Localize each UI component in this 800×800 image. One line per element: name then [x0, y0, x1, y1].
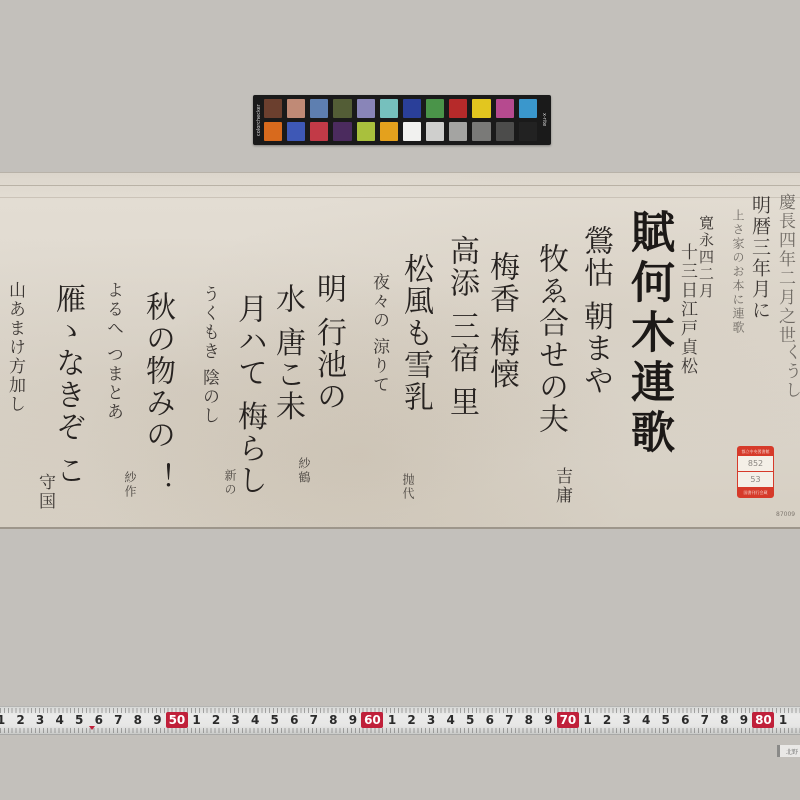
ruler-label: 7: [499, 713, 519, 727]
ruler-label: 7: [304, 713, 324, 727]
label-number: 53: [738, 472, 773, 488]
ruler-label: 6: [284, 713, 304, 727]
verse-line: 山あまけ方加し: [6, 281, 23, 414]
ruler-label: 9: [734, 713, 754, 727]
verse-author: 吉庸: [553, 467, 570, 505]
ruler-major-label: 80: [752, 712, 774, 728]
color-swatch: [426, 99, 444, 118]
ruler-label: 8: [323, 713, 343, 727]
verse-author: 守国: [36, 473, 53, 511]
color-swatch: [287, 99, 305, 118]
verse-line: 秋の物みの ！: [142, 291, 172, 495]
ruler-label: 7: [695, 713, 715, 727]
header-note: 十三日江戸貞松: [678, 243, 695, 376]
verse-line: 松風も雪乳: [400, 253, 430, 413]
label-top-band: 都立中央図書館: [738, 447, 773, 456]
ruler-label: 3: [226, 713, 246, 727]
ruler-label: 3: [617, 713, 637, 727]
swatch-grid: [264, 99, 537, 141]
color-swatch: [403, 99, 421, 118]
color-swatch: [264, 99, 282, 118]
verse-line: 雁ゝなきぞ こ: [52, 283, 82, 487]
checker-brand-label: colorchecker: [255, 99, 263, 141]
color-swatch: [496, 122, 514, 141]
color-swatch: [380, 122, 398, 141]
ruler-label: 9: [343, 713, 363, 727]
verse-line: 牧ゑ合せの夫: [535, 243, 565, 435]
paper-fold-line: [0, 197, 800, 198]
ruler-label: 9: [147, 713, 167, 727]
header-note: くうし: [782, 343, 799, 400]
ruler-label: 2: [206, 713, 226, 727]
color-swatch: [519, 122, 537, 141]
ruler-label: 1: [578, 713, 598, 727]
color-swatch: [426, 122, 444, 141]
color-swatch: [472, 122, 490, 141]
header-note: 上さ家のお本に連歌: [732, 209, 744, 335]
label-bottom-band: 国書刊行会蔵: [738, 488, 773, 497]
ruler-label: 4: [245, 713, 265, 727]
color-checker-card: colorchecker x-rite: [253, 95, 551, 145]
ruler-label: 2: [402, 713, 422, 727]
ruler-label: 6: [480, 713, 500, 727]
ruler-label: 4: [441, 713, 461, 727]
x-rite-logo: x-rite: [540, 99, 548, 141]
ruler-major-label: 50: [166, 712, 188, 728]
paper-fold-line: [0, 185, 800, 186]
ruler-label: 6: [89, 713, 109, 727]
color-swatch: [310, 99, 328, 118]
collection-label: 都立中央図書館 852 53 国書刊行会蔵: [737, 446, 774, 498]
verse-line: うくもき 陰のし: [200, 285, 217, 425]
verse-line: 明 行池の: [313, 273, 343, 413]
ruler-label: 6: [675, 713, 695, 727]
color-swatch: [333, 99, 351, 118]
color-swatch: [310, 122, 328, 141]
verse-author: 抛代: [402, 473, 414, 501]
verse-line: よるへ つまとあ: [104, 281, 121, 421]
verse-line: 鶯怙 朝まや: [580, 225, 610, 397]
accession-number: 87009: [776, 511, 795, 518]
color-swatch: [519, 99, 537, 118]
verse-line: 梅香 梅懐: [486, 251, 516, 391]
ruler-label: 2: [11, 713, 31, 727]
verse-author: 紗作: [124, 471, 136, 499]
verse-line: 高添 三宿 里: [446, 235, 476, 418]
ruler-label: 5: [460, 713, 480, 727]
verse-line: 月ハて 梅らし: [234, 293, 264, 497]
verse-line: 水 唐こ未: [272, 283, 302, 423]
verse-author: 紗鶴: [298, 457, 310, 485]
ruler-label: 1: [382, 713, 402, 727]
ruler-label: 7: [108, 713, 128, 727]
color-swatch: [403, 122, 421, 141]
measuring-tape: 1234567895012345678960123456789701234567…: [0, 706, 800, 735]
color-swatch: [287, 122, 305, 141]
ruler-label: 4: [50, 713, 70, 727]
label-number: 852: [738, 456, 773, 472]
ruler-label: 1: [187, 713, 207, 727]
ruler-label: 2: [597, 713, 617, 727]
color-swatch: [449, 122, 467, 141]
ruler-label: 5: [656, 713, 676, 727]
color-swatch: [472, 99, 490, 118]
ruler-major-label: 60: [361, 712, 383, 728]
header-note: 明暦三年月に: [750, 195, 769, 321]
ruler-label: 1: [773, 713, 793, 727]
ruler-label: 5: [69, 713, 89, 727]
color-swatch: [333, 122, 351, 141]
ruler-label: 1: [0, 713, 11, 727]
color-swatch: [357, 122, 375, 141]
ruler-label: 9: [538, 713, 558, 727]
ruler-label: 3: [421, 713, 441, 727]
header-note: 慶長四年二月之世: [776, 193, 793, 345]
manuscript-paper: 慶長四年二月之世 くうし 明暦三年月に 上さ家のお本に連歌 寛永四二月 十三日江…: [0, 172, 800, 529]
ruler-label: 3: [30, 713, 50, 727]
header-note: 寛永四二月: [698, 215, 713, 300]
verse-author: 新の: [224, 469, 236, 497]
ruler-label: 8: [714, 713, 734, 727]
corner-tag: 北野: [777, 745, 800, 757]
ruler-label: 5: [265, 713, 285, 727]
color-swatch: [449, 99, 467, 118]
ruler-major-label: 70: [557, 712, 579, 728]
ruler-ticks: [0, 728, 800, 733]
ruler-label: 4: [636, 713, 656, 727]
manuscript-title: 賦何木連歌: [626, 209, 670, 459]
ruler-label: 8: [128, 713, 148, 727]
verse-line: 夜々の 涼りて: [370, 273, 387, 394]
color-swatch: [380, 99, 398, 118]
ruler-label: 8: [519, 713, 539, 727]
color-swatch: [357, 99, 375, 118]
color-swatch: [264, 122, 282, 141]
color-swatch: [496, 99, 514, 118]
